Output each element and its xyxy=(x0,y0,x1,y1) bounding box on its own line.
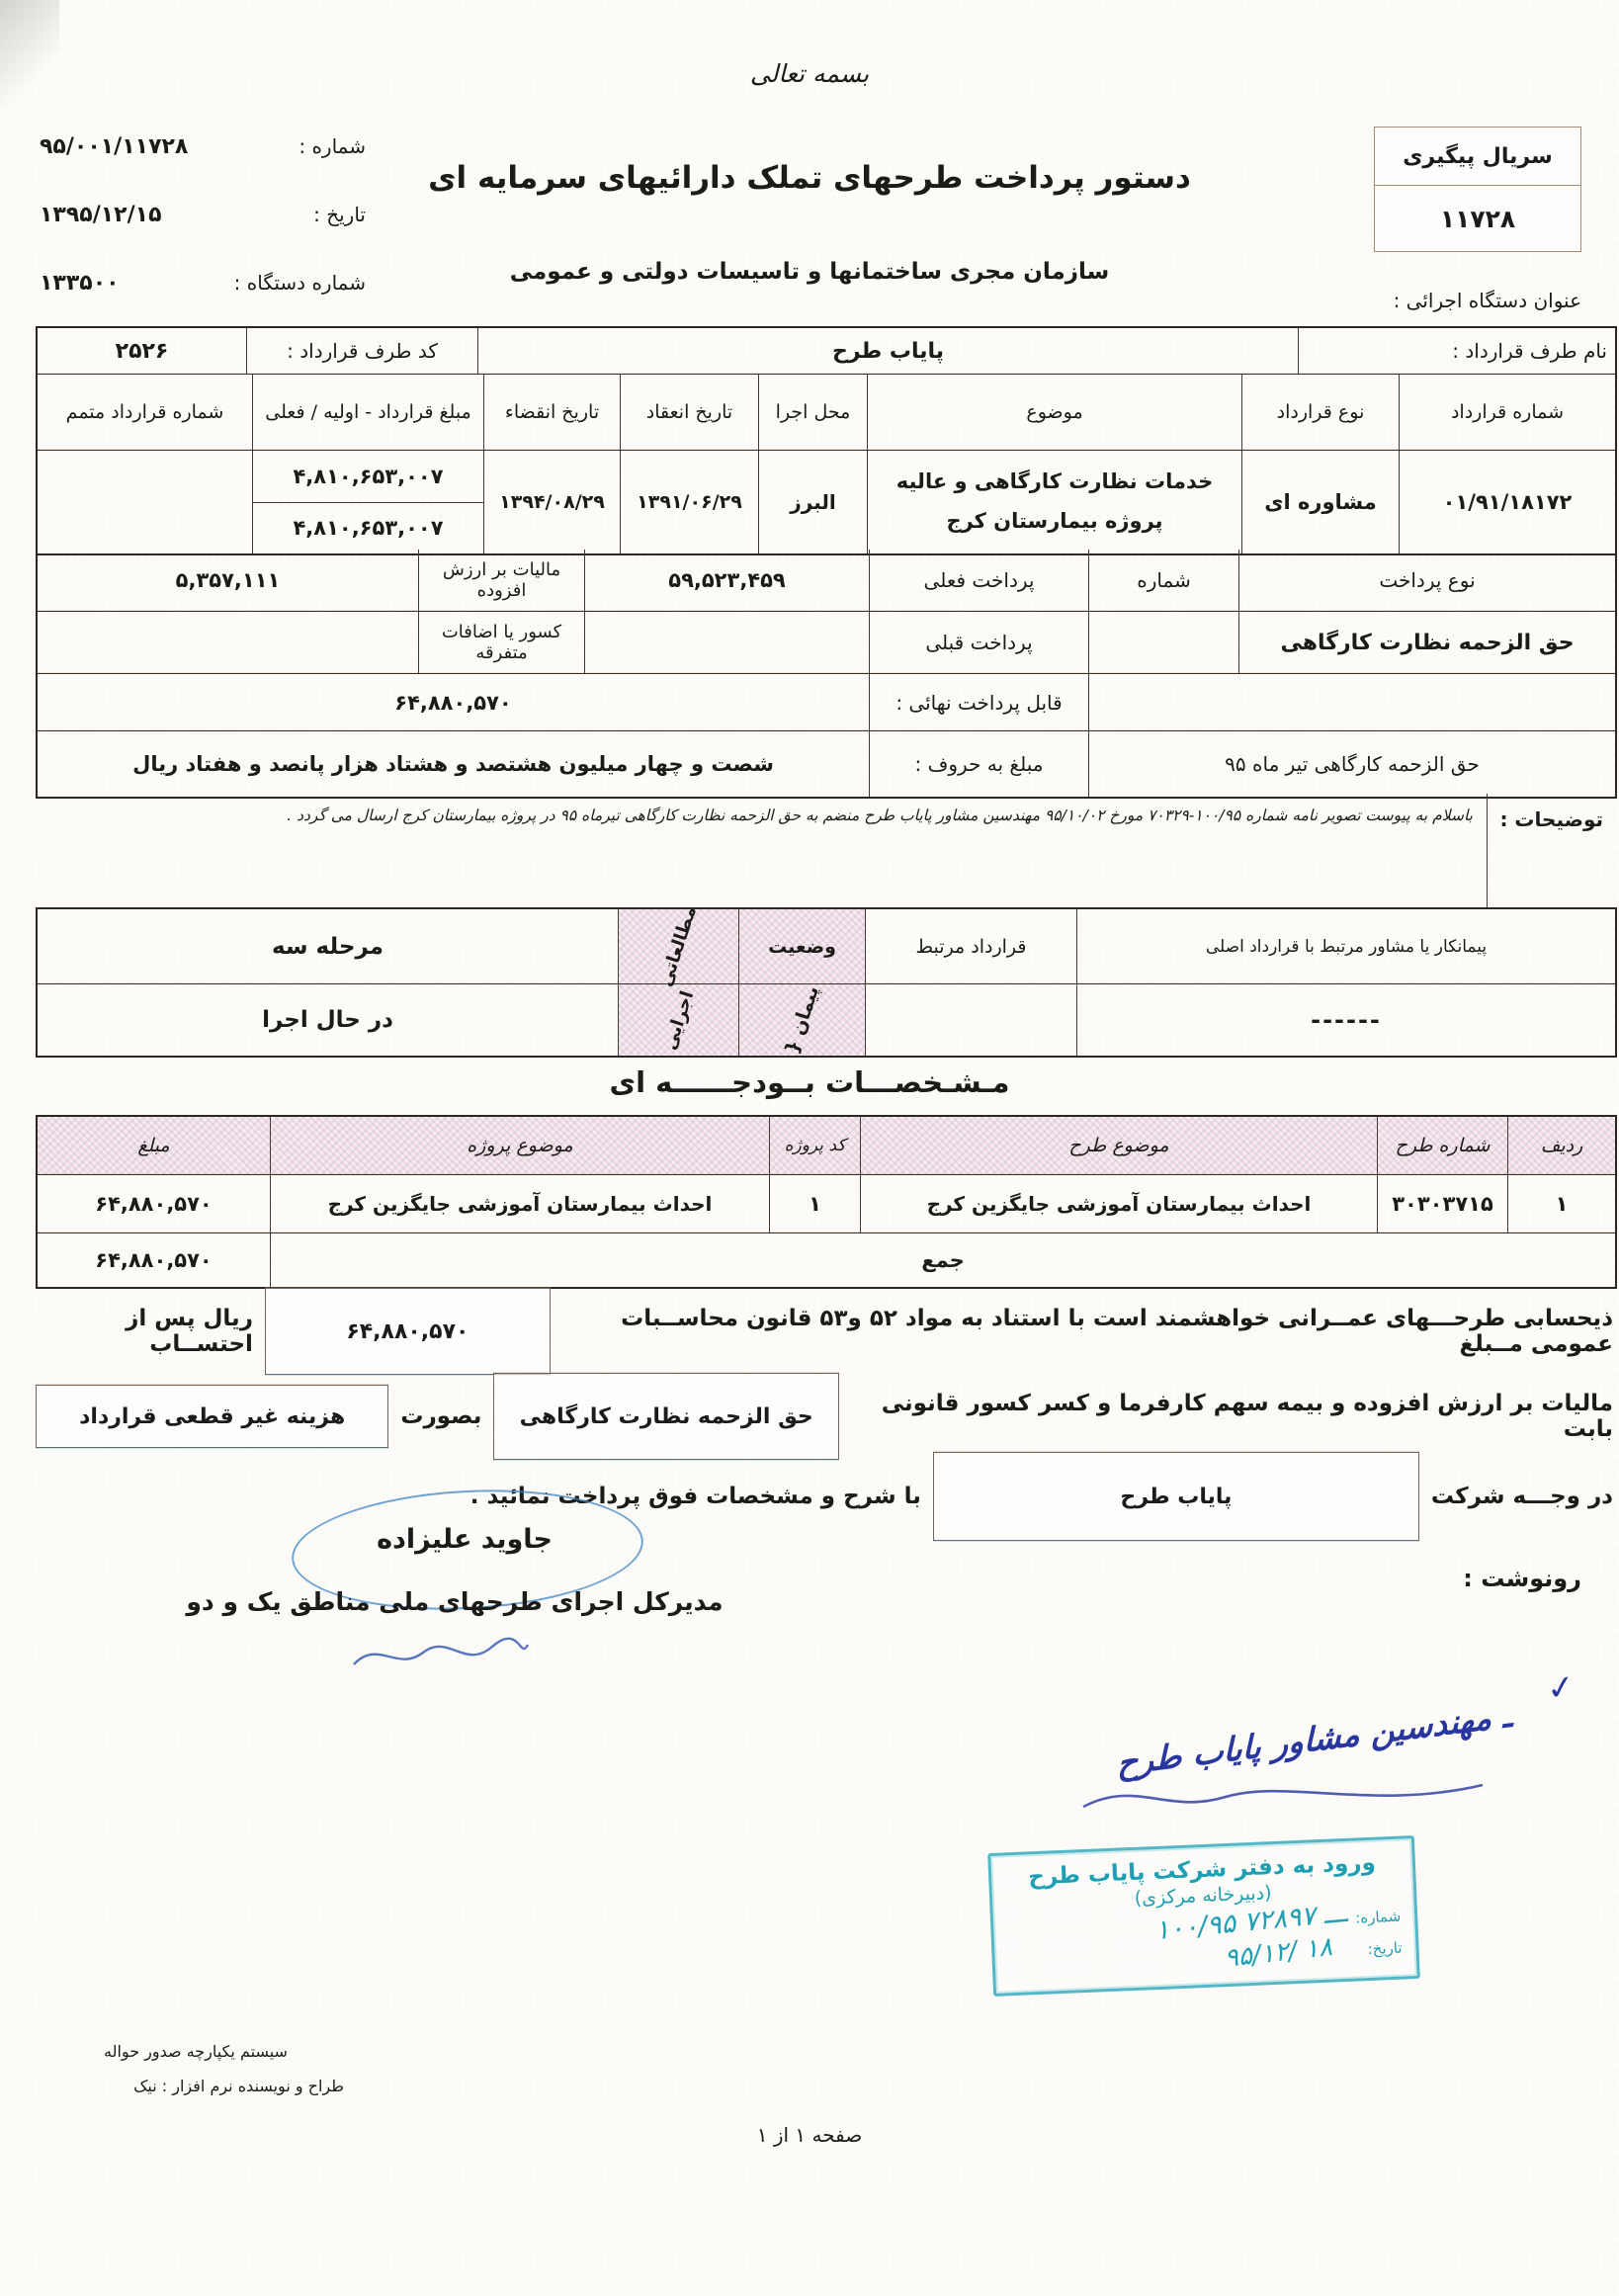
budget-project-subject-value: احداث بیمارستان آموزشی جایگزین کرج xyxy=(271,1175,770,1233)
contract-location-value: البرز xyxy=(759,451,868,553)
payment-type-value: حق الزحمه نظارت کارگاهی xyxy=(1239,612,1615,673)
instruction-line-2: مالیات بر ارزش افزوده و بیمه سهم کارفرما… xyxy=(36,1372,1613,1461)
contract-data-row: ۰۱/۹۱/۱۸۱۷۲ مشاوره ای خدمات نظارت کارگاه… xyxy=(38,450,1615,553)
doc-date-label: تاریخ : xyxy=(313,203,366,226)
tracking-serial-value: ۱۱۷۲۸ xyxy=(1375,186,1580,251)
col-supplement: شماره قرارداد متمم xyxy=(38,375,253,450)
study-label: مطالعاتی xyxy=(619,909,739,983)
footer-author-line: طراح و نویسنده نرم افزار : نیک xyxy=(47,2077,344,2095)
budget-project-code-value: ۱ xyxy=(770,1175,861,1233)
instruction-fee-box: حق الزحمه نظارت کارگاهی xyxy=(493,1373,839,1460)
col-location: محل اجرا xyxy=(759,375,868,450)
col-subject: موضوع xyxy=(868,375,1242,450)
payment-current-label: پرداخت فعلی xyxy=(870,550,1089,611)
device-number-value: ۱۳۳۵۰۰ xyxy=(40,271,120,296)
contract-table: نام طرف قرارداد : پایاب طرح کد طرف قرارد… xyxy=(36,326,1617,555)
budget-total-value: ۶۴,۸۸۰,۵۷۰ xyxy=(38,1233,271,1287)
payment-type-label: نوع پرداخت xyxy=(1239,550,1615,611)
stamp-date-label: تاریخ: xyxy=(1367,1939,1403,1958)
contract-amount-cell: ۴,۸۱۰,۶۵۳,۰۰۷ ۴,۸۱۰,۶۵۳,۰۰۷ xyxy=(253,451,484,553)
handwriting-flourish xyxy=(1077,1777,1492,1817)
budget-col-project-code: کد پروژه xyxy=(770,1117,861,1174)
payment-number-label: شماره xyxy=(1089,550,1239,611)
contract-amount-current: ۴,۸۱۰,۶۵۳,۰۰۷ xyxy=(253,502,483,554)
payment-row3-blank xyxy=(1089,674,1615,730)
budget-total-row: جمع ۶۴,۸۸۰,۵۷۰ xyxy=(38,1233,1615,1287)
doc-date-value: ۱۳۹۵/۱۲/۱۵ xyxy=(40,203,162,227)
related-contract-label: قرارداد مرتبط xyxy=(866,909,1077,983)
payment-current-value: ۵۹,۵۲۳,۴۵۹ xyxy=(585,550,870,611)
payment-words-label: مبلغ به حروف : xyxy=(870,731,1089,797)
instruction-line-1: ذیحسابی طرحـــهای عمــرانی خواهشمند است … xyxy=(36,1287,1613,1376)
doc-number-value: ۹۵/۰۰۱/۱۱۷۲۸ xyxy=(40,134,188,159)
col-contract-type: نوع قرارداد xyxy=(1242,375,1400,450)
copy-to-label: رونوشت : xyxy=(1379,1565,1581,1592)
payment-row-1: نوع پرداخت شماره پرداخت فعلی ۵۹,۵۲۳,۴۵۹ … xyxy=(38,550,1615,611)
payment-desc-value: حق الزحمه کارگاهی تیر ماه ۹۵ xyxy=(1089,731,1615,797)
contract-party-row: نام طرف قرارداد : پایاب طرح کد طرف قرارد… xyxy=(38,328,1615,374)
payment-words-value: شصت و چهار میلیون هشتصد و هشتاد هزار پان… xyxy=(38,731,870,797)
party-code-value: ۲۵۲۶ xyxy=(38,328,247,374)
payment-row-2: حق الزحمه نظارت کارگاهی پرداخت قبلی کسور… xyxy=(38,611,1615,673)
study-value: اجرایی xyxy=(619,984,739,1056)
instruction-company-box: پایاب طرح xyxy=(933,1452,1419,1541)
payment-row-4: حق الزحمه کارگاهی تیر ماه ۹۵ مبلغ به حرو… xyxy=(38,730,1615,797)
budget-plan-number-value: ۳۰۳۰۳۷۱۵ xyxy=(1378,1175,1508,1233)
doc-number-label: شماره : xyxy=(298,134,366,158)
status-value-row: ------ پیمان { اجرایی در حال اجرا xyxy=(38,983,1615,1056)
budget-col-amount: مبلغ xyxy=(38,1117,271,1174)
payment-final-value: ۶۴,۸۸۰,۵۷۰ xyxy=(38,674,870,730)
payment-final-label: قابل پرداخت نهائی : xyxy=(870,674,1089,730)
bismillah: بسمه تعالی xyxy=(0,59,1619,88)
payment-table: نوع پرداخت شماره پرداخت فعلی ۵۹,۵۲۳,۴۵۹ … xyxy=(36,550,1617,799)
phase-value: در حال اجرا xyxy=(38,984,619,1056)
budget-title: مـشـخصـــات بــودجــــــه ای xyxy=(0,1065,1619,1099)
footer-system-line: سیستم یکپارچه صدور حواله xyxy=(47,2042,344,2061)
contract-header-row: شماره قرارداد نوع قرارداد موضوع محل اجرا… xyxy=(38,374,1615,450)
payment-previous-value xyxy=(585,612,870,673)
tracking-serial-label: سریال پیگیری xyxy=(1375,128,1580,186)
budget-amount-value: ۶۴,۸۸۰,۵۷۰ xyxy=(38,1175,271,1233)
budget-data-row: ۱ ۳۰۳۰۳۷۱۵ احداث بیمارستان آموزشی جایگزی… xyxy=(38,1174,1615,1233)
party-name-label: نام طرف قرارداد : xyxy=(1299,328,1615,374)
notes-label: توضیحات : xyxy=(1488,794,1613,907)
office-entry-stamp: ورود به دفتر شرکت پایاب طرح (دبیرخانه مر… xyxy=(987,1835,1420,1997)
instruction-3a: در وجـــه شرکت xyxy=(1431,1484,1613,1509)
contract-expiry-date-value: ۱۳۹۴/۰۸/۲۹ xyxy=(484,451,621,553)
state-label: وضعیت xyxy=(739,909,866,983)
instruction-amount-box: ۶۴,۸۸۰,۵۷۰ xyxy=(265,1288,551,1375)
footer-system-info: سیستم یکپارچه صدور حواله طراح و نویسنده … xyxy=(47,2042,344,2095)
signature-scribble xyxy=(346,1631,534,1678)
payment-row-3: قابل پرداخت نهائی : ۶۴,۸۸۰,۵۷۰ xyxy=(38,673,1615,730)
budget-total-label: جمع xyxy=(271,1233,1615,1287)
contract-subject-value: خدمات نظارت کارگاهی و عالیه پروژه بیمارس… xyxy=(868,451,1242,553)
col-contract-number: شماره قرارداد xyxy=(1400,375,1615,450)
contract-number-value: ۰۱/۹۱/۱۸۱۷۲ xyxy=(1400,451,1615,553)
col-sign-date: تاریخ انعقاد xyxy=(621,375,759,450)
budget-index-value: ۱ xyxy=(1508,1175,1615,1233)
party-code-label: کد طرف قرارداد : xyxy=(247,328,478,374)
phase-label: مرحله سه xyxy=(38,909,619,983)
contract-sign-date-value: ۱۳۹۱/۰۶/۲۹ xyxy=(621,451,759,553)
tracking-serial-box: سریال پیگیری ۱۱۷۲۸ xyxy=(1374,127,1581,252)
payment-vat-label: مالیات بر ارزش افزوده xyxy=(419,550,585,611)
budget-header-row: ردیف شماره طرح موضوع طرح کد پروژه موضوع … xyxy=(38,1117,1615,1174)
handwritten-note: ـ مهندسین مشاور پایاب طرح xyxy=(1069,1689,1561,1788)
instruction-line-3: در وجـــه شرکت پایاب طرح با شرح و مشخصات… xyxy=(36,1451,1613,1542)
budget-table: ردیف شماره طرح موضوع طرح کد پروژه موضوع … xyxy=(36,1115,1617,1289)
page-number: صفحه ۱ از ۱ xyxy=(0,2123,1619,2147)
scanned-payment-order-document: بسمه تعالی دستور پرداخت طرحهای تملک دارا… xyxy=(0,0,1619,2296)
notes-text: باسلام به پیوست تصویر نامه شماره ۱۰۰/۹۵-… xyxy=(36,794,1488,907)
related-contract-value xyxy=(866,984,1077,1056)
payment-deductions-label: کسور یا اضافات متفرقه xyxy=(419,612,585,673)
doc-meta: شماره : ۹۵/۰۰۱/۱۱۷۲۸ تاریخ : ۱۳۹۵/۱۲/۱۵ … xyxy=(40,125,366,304)
budget-col-project-subject: موضوع پروژه xyxy=(271,1117,770,1174)
signer-title: مدیرکل اجرای طرحهای ملی مناطق یک و دو xyxy=(69,1587,840,1616)
col-amount: مبلغ قرارداد - اولیه / فعلی xyxy=(253,375,484,450)
budget-col-index: ردیف xyxy=(1508,1117,1615,1174)
instruction-1b: ریال پس از احتســاب xyxy=(36,1306,253,1357)
budget-col-plan-number: شماره طرح xyxy=(1378,1117,1508,1174)
instruction-cost-box: هزینه غیر قطعی قرارداد xyxy=(36,1385,388,1448)
budget-col-plan-subject: موضوع طرح xyxy=(861,1117,1378,1174)
payment-deductions-value xyxy=(38,612,419,673)
notes-section: توضیحات : باسلام به پیوست تصویر نامه شما… xyxy=(36,794,1613,907)
payment-vat-value: ۵,۳۵۷,۱۱۱ xyxy=(38,550,419,611)
budget-plan-subject-value: احداث بیمارستان آموزشی جایگزین کرج xyxy=(861,1175,1378,1233)
contractor-label: پیمانکار یا مشاور مرتبط با قرارداد اصلی xyxy=(1077,909,1615,983)
party-name-value: پایاب طرح xyxy=(478,328,1299,374)
contract-amount-initial: ۴,۸۱۰,۶۵۳,۰۰۷ xyxy=(253,451,483,502)
instruction-2mid: بصورت xyxy=(400,1403,481,1429)
state-value: پیمان { xyxy=(739,984,866,1056)
contract-type-value: مشاوره ای xyxy=(1242,451,1400,553)
status-table: پیمانکار یا مشاور مرتبط با قرارداد اصلی … xyxy=(36,907,1617,1058)
col-expiry-date: تاریخ انقضاء xyxy=(484,375,621,450)
contract-supplement-value xyxy=(38,451,253,553)
payment-previous-label: پرداخت قبلی xyxy=(870,612,1089,673)
payment-number-value xyxy=(1089,612,1239,673)
device-number-label: شماره دستگاه : xyxy=(234,271,366,295)
instruction-1a: ذیحسابی طرحـــهای عمــرانی خواهشمند است … xyxy=(562,1306,1613,1357)
instruction-2a: مالیات بر ارزش افزوده و بیمه سهم کارفرما… xyxy=(851,1391,1613,1442)
agency-title-label: عنوان دستگاه اجرائی : xyxy=(1372,289,1581,312)
stamp-number-label: شماره: xyxy=(1355,1907,1402,1926)
signer-name: جاوید علیزاده xyxy=(311,1524,618,1555)
contractor-value: ------ xyxy=(1077,984,1615,1056)
status-header-row: پیمانکار یا مشاور مرتبط با قرارداد اصلی … xyxy=(38,909,1615,983)
